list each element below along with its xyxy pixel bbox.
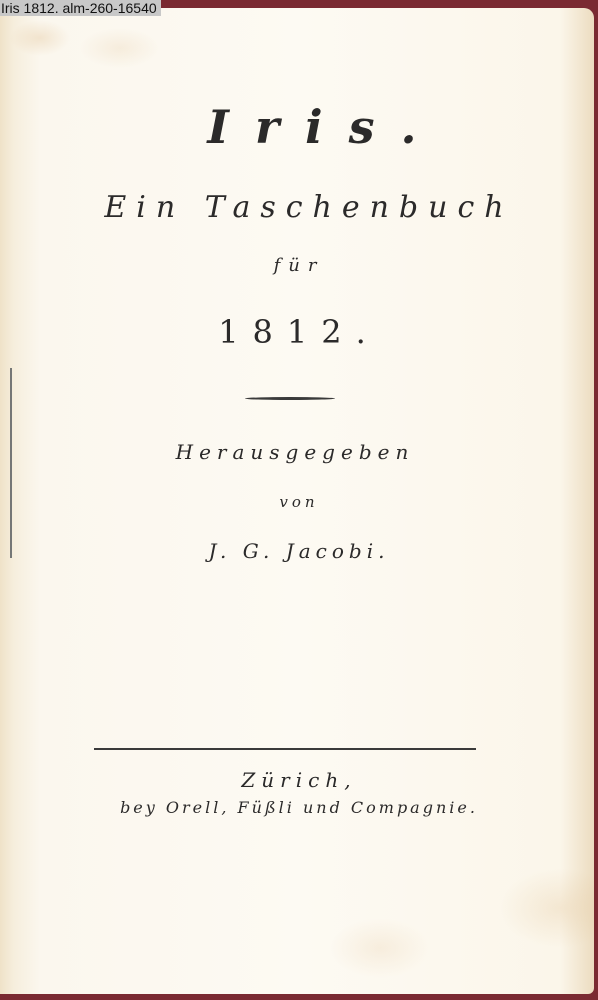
divider-rule bbox=[94, 748, 476, 750]
by-label: von bbox=[0, 493, 598, 511]
editor-label: Herausgegeben bbox=[0, 440, 594, 464]
book-subtitle: Ein Taschenbuch bbox=[10, 190, 598, 225]
publication-place: Zürich, bbox=[0, 768, 598, 792]
publisher-name: bey Orell, Füßli und Compagnie. bbox=[0, 798, 598, 817]
ornamental-rule bbox=[245, 397, 335, 400]
editor-name: J. G. Jacobi. bbox=[0, 539, 598, 563]
preposition-fuer: für bbox=[0, 255, 598, 276]
image-caption: Iris 1812. alm-260-16540 bbox=[0, 0, 161, 16]
publication-year: 1812. bbox=[0, 313, 598, 351]
book-title: Iris. bbox=[0, 100, 598, 154]
title-page: Iris. Ein Taschenbuch für 1812. Herausge… bbox=[0, 8, 594, 994]
